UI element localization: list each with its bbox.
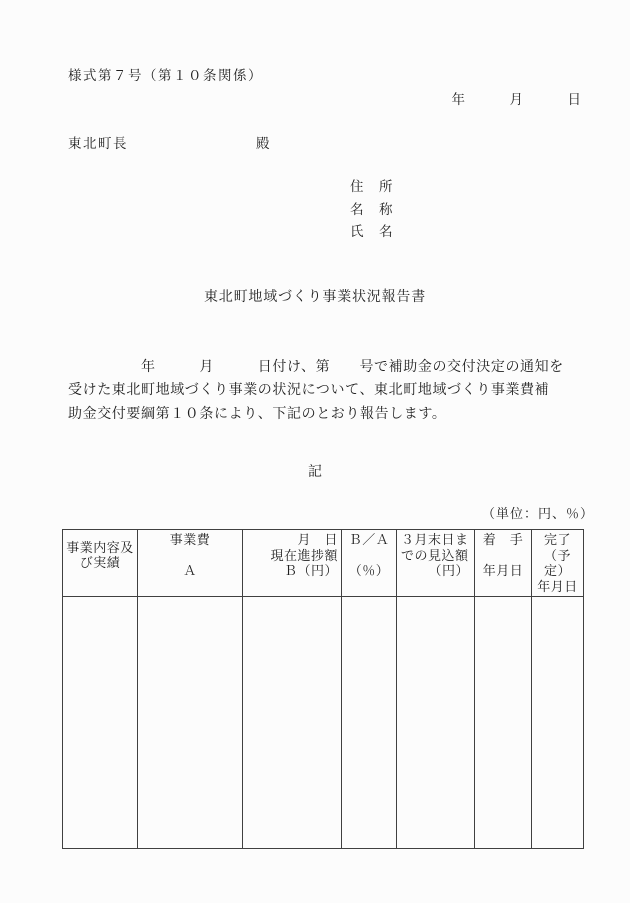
sender-address-label: 住 所 bbox=[350, 176, 394, 199]
sender-organization-label: 名 称 bbox=[350, 199, 394, 222]
col-header-march-estimate: ３月末日ま での見込額 （円） bbox=[397, 530, 475, 597]
empty-cell-progress-amount bbox=[243, 597, 342, 849]
document-title: 東北町地域づくり事業状況報告書 bbox=[0, 286, 630, 306]
body-line-2: 受けた東北町地域づくり事業の状況について、東北町地域づくり事業費補 bbox=[68, 379, 573, 402]
body-line-1: 年 月 日付け、第 号で補助金の交付決定の通知を bbox=[68, 356, 573, 379]
addressee-honorific: 殿 bbox=[256, 136, 271, 151]
header-line: び実績 bbox=[66, 555, 134, 571]
addressee-line: 東北町長殿 bbox=[68, 132, 271, 152]
header-line: Ｂ／Ａ bbox=[345, 532, 393, 548]
form-number-label: 様式第７号（第１０条関係） bbox=[68, 64, 263, 84]
status-report-table: 事業内容及 び実績 事業費 Ａ 月 日 現在進捗額 Ｂ（円） Ｂ／Ａ （％） bbox=[62, 529, 584, 849]
col-header-start-date: 着 手 年月日 bbox=[475, 530, 532, 597]
header-line: Ａ bbox=[141, 563, 239, 579]
header-line: （％） bbox=[345, 563, 393, 579]
header-line: ３月末日ま bbox=[400, 532, 471, 548]
record-marker: 記 bbox=[0, 461, 630, 481]
table-header-row: 事業内容及 び実績 事業費 Ａ 月 日 現在進捗額 Ｂ（円） Ｂ／Ａ （％） bbox=[63, 530, 584, 597]
body-paragraph: 年 月 日付け、第 号で補助金の交付決定の通知を 受けた東北町地域づくり事業の状… bbox=[68, 356, 573, 426]
sender-block: 住 所 名 称 氏 名 bbox=[350, 176, 394, 244]
header-line: 事業内容及 bbox=[66, 540, 134, 556]
header-line: （予定） bbox=[535, 548, 580, 579]
header-line: 現在進捗額 bbox=[246, 548, 338, 564]
header-line: Ｂ（円） bbox=[246, 563, 338, 579]
empty-cell-start-date bbox=[475, 597, 532, 849]
unit-note: （単位：円、％） bbox=[482, 503, 594, 522]
header-line: 事業費 bbox=[141, 532, 239, 548]
header-line: 月 日 bbox=[246, 532, 338, 548]
col-header-progress-amount: 月 日 現在進捗額 Ｂ（円） bbox=[243, 530, 342, 597]
header-line: での見込額 bbox=[400, 548, 471, 564]
empty-cell-project-description bbox=[63, 597, 138, 849]
col-header-ratio: Ｂ／Ａ （％） bbox=[342, 530, 397, 597]
table-body-row bbox=[63, 597, 584, 849]
empty-cell-completion-date bbox=[532, 597, 584, 849]
addressee-name: 東北町長 bbox=[68, 136, 128, 151]
sender-person-label: 氏 名 bbox=[350, 221, 394, 244]
header-line: 着 手 bbox=[478, 532, 528, 548]
header-line: 年月日 bbox=[535, 579, 580, 595]
col-header-project-description: 事業内容及 び実績 bbox=[63, 530, 138, 597]
header-line: （円） bbox=[400, 563, 471, 579]
empty-cell-ratio bbox=[342, 597, 397, 849]
empty-cell-march-estimate bbox=[397, 597, 475, 849]
empty-cell-project-cost bbox=[138, 597, 243, 849]
col-header-completion-date: 完了 （予定） 年月日 bbox=[532, 530, 584, 597]
body-line-3: 助金交付要綱第１０条により、下記のとおり報告します。 bbox=[68, 403, 573, 426]
header-line: 完了 bbox=[535, 532, 580, 548]
col-header-project-cost: 事業費 Ａ bbox=[138, 530, 243, 597]
date-placeholder-line: 年 月 日 bbox=[452, 88, 583, 108]
header-line: 年月日 bbox=[478, 563, 528, 579]
